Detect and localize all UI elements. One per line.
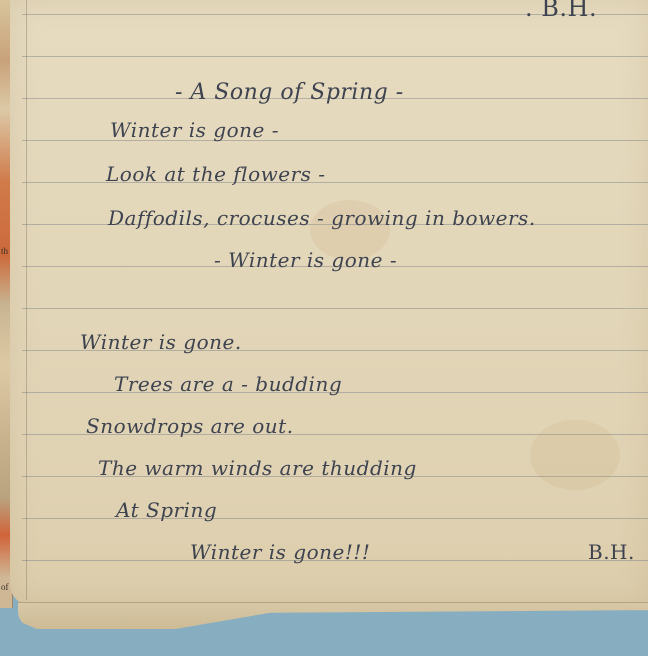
margin-line	[26, 0, 27, 600]
poem-line: Snowdrops are out.	[86, 414, 294, 438]
poem-line: Look at the flowers -	[106, 162, 326, 186]
poem-line: - Winter is gone -	[214, 248, 397, 272]
ruled-line	[22, 56, 648, 57]
page-bottom-edge	[18, 602, 648, 629]
paper-stain	[530, 420, 620, 490]
poem-title: - A Song of Spring -	[175, 80, 404, 105]
poem-line: Winter is gone.	[80, 330, 242, 354]
poem-line: Daffodils, crocuses - growing in bowers.	[108, 206, 536, 230]
poem-line: The warm winds are thudding	[98, 456, 417, 480]
signature: B.H.	[588, 540, 635, 564]
strip-text-fragment: th	[1, 246, 8, 256]
poem-line: Winter is gone -	[110, 118, 279, 142]
poem-line: Winter is gone!!!	[190, 540, 370, 564]
strip-text-fragment: of	[1, 582, 9, 592]
notebook-page: . B.H. - A Song of Spring - Winter is go…	[10, 0, 648, 606]
ruled-line	[22, 308, 648, 309]
top-right-initials: . B.H.	[525, 0, 597, 22]
poem-line: Trees are a - budding	[114, 372, 342, 396]
poem-line: At Spring	[116, 498, 217, 522]
